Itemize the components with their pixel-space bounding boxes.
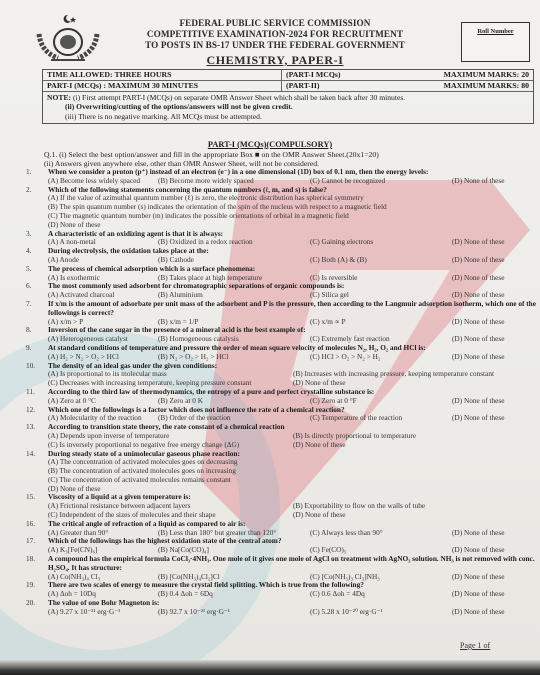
info-row-1: TIME ALLOWED: THREE HOURS (PART-I MCQs) … [43,70,533,81]
question-item: 14.During steady state of a unimolecular… [26,450,538,494]
question-item: 8.Inversion of the cane sugar in the pre… [26,326,538,344]
answer-option[interactable]: (D) None of these [452,353,540,362]
question-number: 15. [26,493,48,502]
note-iii: (iii) There is no negative marking. All … [47,112,529,121]
question-number: 5. [26,265,48,274]
time-allowed: TIME ALLOWED: THREE HOURS [43,70,282,80]
question-number: 14. [26,450,48,459]
question-item: 2.Which of the following statements conc… [26,186,538,230]
question-number: 18. [26,555,48,573]
part1-label: (PART-I MCQs) [282,70,376,80]
part2-marks: MAXIMUM MARKS: 80 [376,81,533,91]
part1-marks: MAXIMUM MARKS: 20 [376,70,533,80]
answer-option[interactable]: (D) None of these [452,318,540,327]
question-number: 16. [26,520,48,529]
exam-paper: FEDERAL PUBLIC SERVICE COMMISSION COMPET… [0,0,540,660]
question-number: 2. [26,186,48,195]
answer-option[interactable]: (C) Both (A) & (B) [310,256,452,265]
instruction-i: Q.1. (i) Select the best option/answer a… [44,150,534,159]
question-item: 18.A compound has the empirical formula … [26,555,538,581]
exam-info-table: TIME ALLOWED: THREE HOURS (PART-I MCQs) … [42,69,534,124]
question-number: 4. [26,247,48,256]
question-item: 17.Which of the followings has the highe… [26,537,538,555]
question-stem: If x/m is the amount of adsorbate per un… [48,300,538,318]
answer-option[interactable]: (C) Always less than 90° [310,529,452,538]
question-item: 19.There are two scales of energy to mea… [26,581,538,599]
question-item: 1.When we consider a proton (p⁺) instead… [26,168,538,186]
answer-option[interactable]: (C) 0.6 Δoh = 4Dq [310,590,452,599]
answer-option[interactable]: (C) Temperature of the reaction [310,414,452,423]
option-row: (C) The magnetic quantum number (m) indi… [26,212,538,221]
fpsc-emblem-icon [33,12,103,64]
question-list: 1.When we consider a proton (p⁺) instead… [26,168,538,617]
question-header: 7.If x/m is the amount of adsorbate per … [26,300,538,318]
answer-option[interactable]: (D) None of these [452,335,540,344]
question-number: 11. [26,388,48,397]
question-item: 9.At standard conditions of temperature … [26,344,538,362]
note-i: (i) First attempt PART-I (MCQs) on separ… [73,93,405,102]
question-number: 3. [26,230,48,239]
answer-option[interactable]: (D) None of these [452,397,540,406]
question-number: 19. [26,581,48,590]
part2-label: (PART-II) [282,81,376,91]
question-number: 13. [26,423,48,432]
question-number: 6. [26,282,48,291]
header-line-2: COMPETITIVE EXAMINATION-2024 FOR RECRUIT… [110,29,440,40]
question-number: 12. [26,406,48,415]
answer-option[interactable]: (D) None of these [452,573,540,582]
header-line-1: FEDERAL PUBLIC SERVICE COMMISSION [110,18,440,29]
note-ii: (ii) Overwriting/cutting of the options/… [47,102,529,111]
answer-option[interactable]: (B) 0.4 Δoh = 6Dq [158,590,310,599]
question-header: 18.A compound has the empirical formula … [26,555,538,573]
answer-option[interactable]: (D) None of these [293,511,538,520]
option-row: (C) The concentration of activated molec… [26,476,538,485]
question-number: 8. [26,326,48,335]
answer-option[interactable]: (C) Gaining electrons [310,238,452,247]
answer-option[interactable]: (D) None of these [452,529,540,538]
answer-option[interactable]: (D) None of these [452,414,540,423]
answer-option[interactable]: (A) 9.27 x 10⁻²¹ erg·G⁻¹ [48,608,158,617]
part-title: PART-I (MCQs)(COMPULSORY) [0,140,540,149]
question-item: 4.During electrolysis, the oxidation tak… [26,247,538,265]
question-item: 11.According to the third law of thermod… [26,388,538,406]
question-item: 10.The density of an ideal gas under the… [26,362,538,388]
question-number: 1. [26,168,48,177]
question-number: 20. [26,599,48,608]
header-line-3: TO POSTS IN BS-17 UNDER THE FEDERAL GOVE… [110,40,440,51]
exam-notes: NOTE: (i) First attempt PART-I (MCQs) on… [43,92,533,123]
part1-time: PART-I (MCQs) : MAXIMUM 30 MINUTES [43,81,282,91]
answer-option[interactable]: (C) The magnetic quantum number (m) indi… [48,212,538,221]
answer-option[interactable]: (B) 92.7 x 10⁻²¹ erg·G⁻¹ [158,608,310,617]
page-number: Page 1 of [460,641,490,650]
question-item: 7.If x/m is the amount of adsorbate per … [26,300,538,326]
question-item: 15.Viscosity of a liquid at a given temp… [26,493,538,519]
answer-option[interactable]: (C) Cannot be recognized [310,177,452,186]
roll-number-box[interactable]: Roll Number [461,22,530,62]
answer-option[interactable]: (C) 5.28 x 10⁻²⁰ erg·G⁻¹ [310,608,452,617]
answer-option[interactable]: (C) x/m ∝ P [310,318,452,327]
question-item: 3.A characteristic of an oxidizing agent… [26,230,538,248]
question-item: 12.Which one of the followings is a fact… [26,406,538,424]
question-number: 7. [26,300,48,318]
answer-option[interactable]: (D) None of these [452,177,540,186]
answer-option[interactable]: (D) None of these [452,238,540,247]
question-number: 17. [26,537,48,546]
answer-option[interactable]: (D) None of these [452,590,540,599]
note-label: NOTE: [47,93,71,102]
answer-option[interactable]: (D) None of these [452,256,540,265]
question-item: 13.According to transition state theory,… [26,423,538,449]
photo-edge-shadow [0,660,540,675]
exam-header: FEDERAL PUBLIC SERVICE COMMISSION COMPET… [110,18,440,66]
question-item: 16.The critical angle of refraction of a… [26,520,538,538]
instructions: Q.1. (i) Select the best option/answer a… [44,150,534,169]
answer-option[interactable]: (C) HCl > O₂ > N₂ > H₂ [310,353,452,362]
paper-title: CHEMISTRY, PAPER-I [110,55,440,66]
info-row-2: PART-I (MCQs) : MAXIMUM 30 MINUTES (PART… [43,81,533,92]
question-item: 20.The value of one Bohr Magneton is:(A)… [26,599,538,617]
question-number: 10. [26,362,48,371]
roll-number-label: Roll Number [462,28,529,35]
answer-option[interactable]: (C) The concentration of activated molec… [48,476,538,485]
option-row: (A) 9.27 x 10⁻²¹ erg·G⁻¹(B) 92.7 x 10⁻²¹… [26,608,538,617]
answer-option[interactable]: (D) None of these [452,608,540,617]
question-item: 6.The most commonly used adsorbent for c… [26,282,538,300]
question-stem: A compound has the empirical formula CoC… [48,555,538,573]
question-number: 9. [26,344,48,353]
answer-option[interactable]: (D) None of these [452,274,540,283]
question-item: 5.The process of chemical adsorption whi… [26,265,538,283]
answer-option[interactable]: (D) None of these [293,441,538,450]
